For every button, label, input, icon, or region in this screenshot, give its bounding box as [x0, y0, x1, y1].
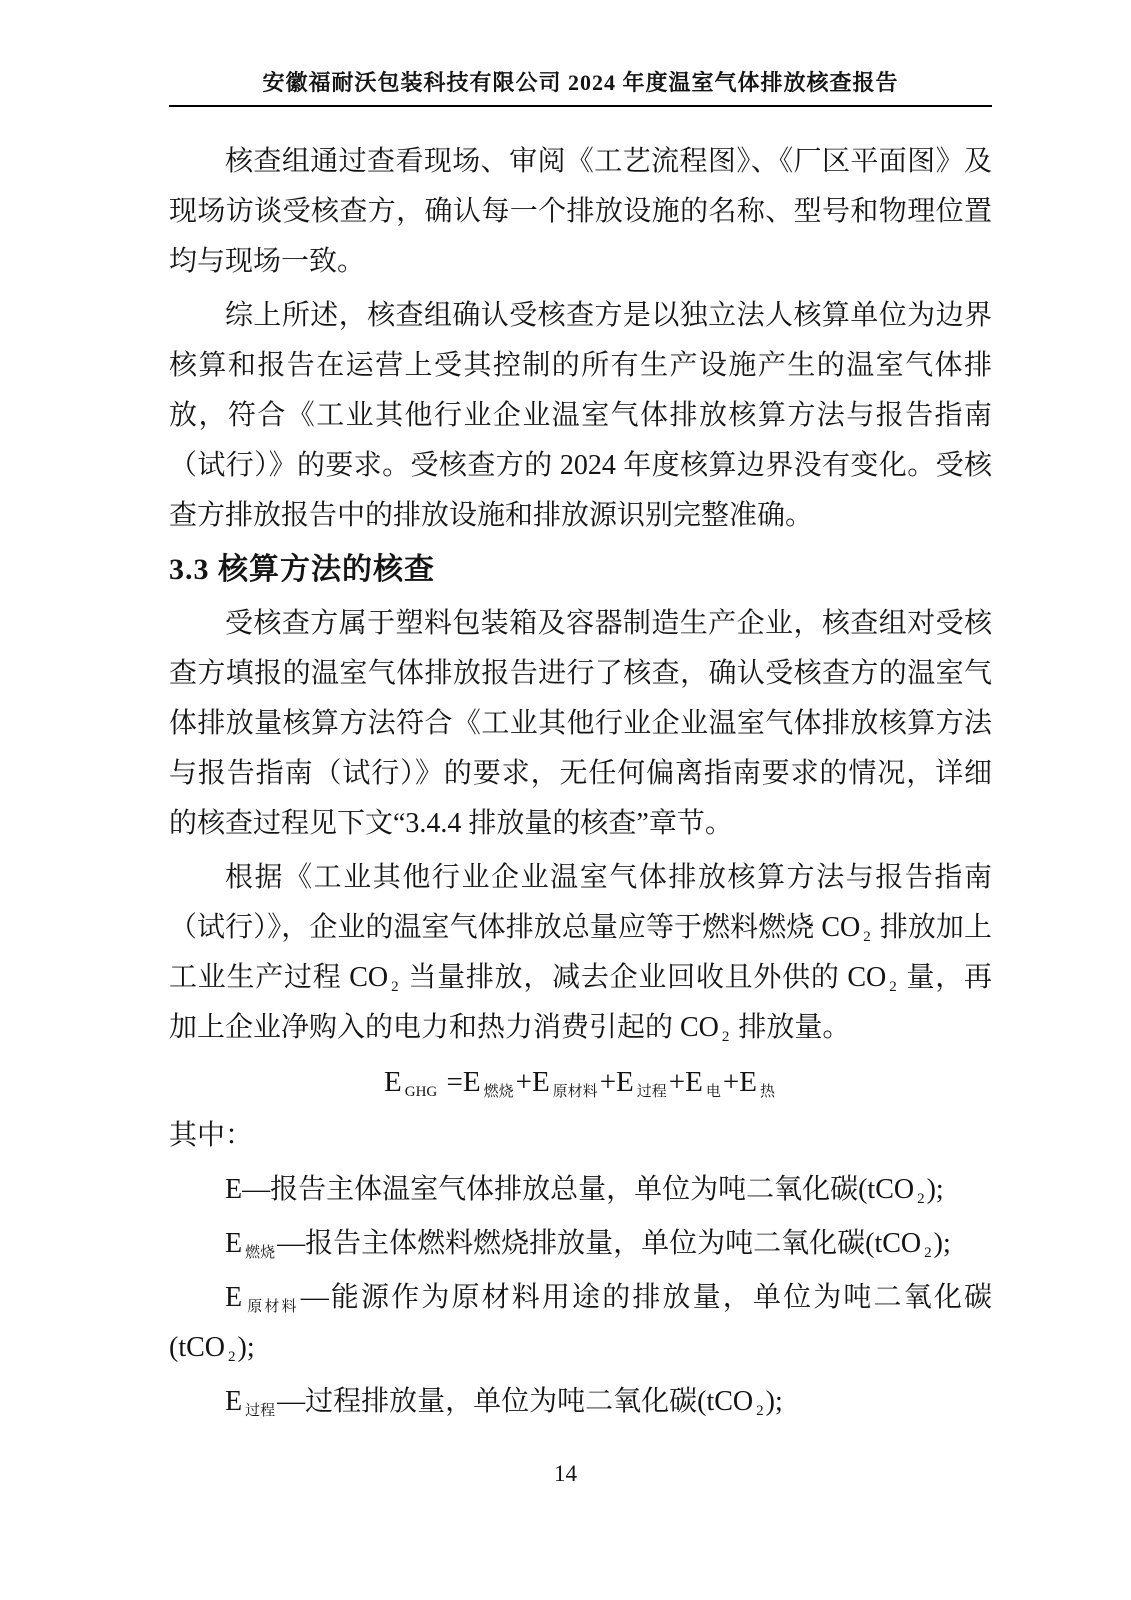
page-header-title: 安徽福耐沃包装科技有限公司 2024 年度温室气体排放核查报告: [169, 70, 992, 107]
where-label: 其中：: [169, 1111, 992, 1161]
definition-process-emission: E过程—过程排放量，单位为吨二氧化碳(tCO2);: [169, 1377, 992, 1427]
paragraph-method-verification: 受核查方属于塑料包装箱及容器制造生产企业，核查组对受核查方填报的温室气体排放报告…: [169, 599, 992, 849]
section-heading-3-3: 3.3 核算方法的核查: [169, 545, 992, 595]
document-page: 安徽福耐沃包装科技有限公司 2024 年度温室气体排放核查报告 核查组通过查看现…: [0, 0, 1131, 1600]
paragraph-total-emission-rule: 根据《工业其他行业企业温室气体排放核算方法与报告指南（试行）》，企业的温室气体排…: [169, 853, 992, 1053]
definition-raw-material: E原材料—能源作为原材料用途的排放量，单位为吨二氧化碳(tCO2);: [169, 1273, 992, 1373]
definition-fuel-combustion: E燃烧—报告主体燃料燃烧排放量，单位为吨二氧化碳(tCO2);: [169, 1219, 992, 1269]
paragraph-site-verification: 核查组通过查看现场、审阅《工艺流程图》、《厂区平面图》及现场访谈受核查方，确认每…: [169, 137, 992, 287]
definition-total-emission: E—报告主体温室气体排放总量，单位为吨二氧化碳(tCO2);: [169, 1165, 992, 1215]
page-content: 安徽福耐沃包装科技有限公司 2024 年度温室气体排放核查报告 核查组通过查看现…: [169, 70, 992, 1431]
document-body: 核查组通过查看现场、审阅《工艺流程图》、《厂区平面图》及现场访谈受核查方，确认每…: [169, 137, 992, 1427]
ghg-emission-formula: EGHG =E燃烧+E原材料+E过程+E电+E热: [169, 1057, 992, 1107]
page-number: 14: [0, 1460, 1131, 1488]
paragraph-boundary-conclusion: 综上所述，核查组确认受核查方是以独立法人核算单位为边界核算和报告在运营上受其控制…: [169, 291, 992, 541]
